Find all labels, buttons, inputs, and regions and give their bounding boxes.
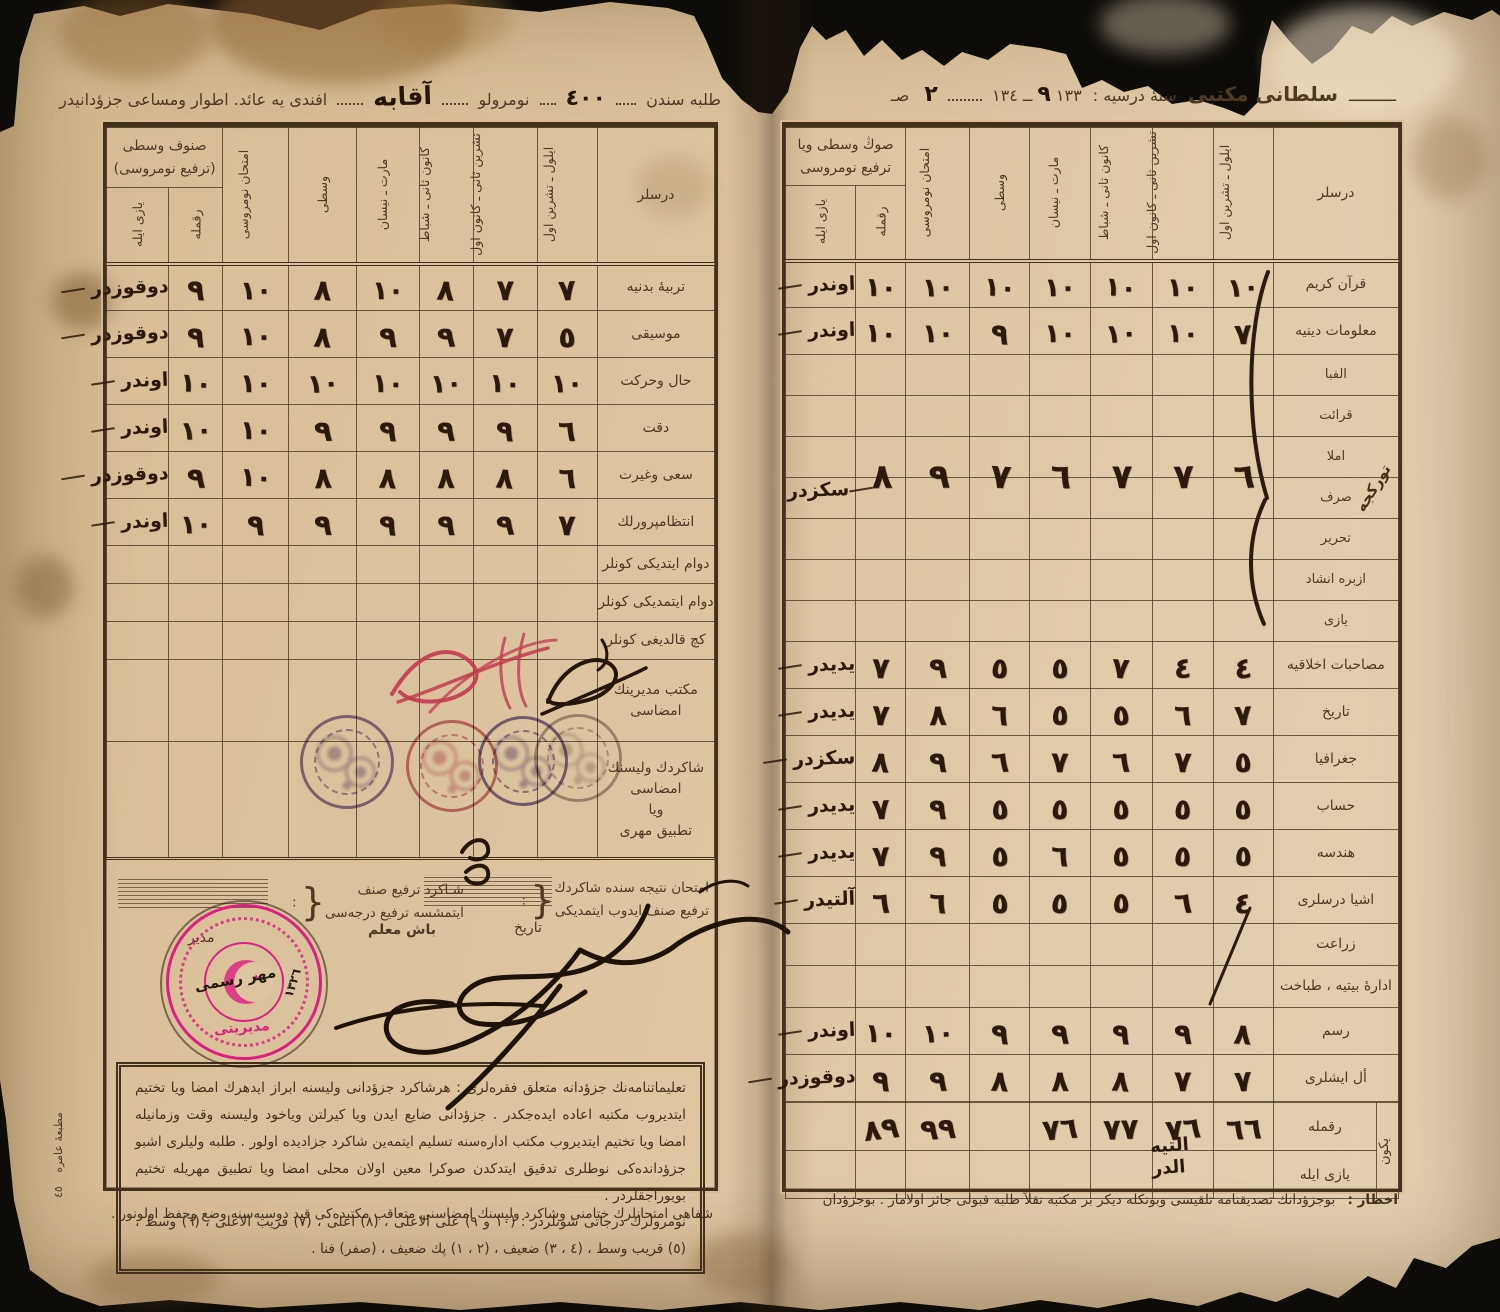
grade-cell: ١٠	[1030, 261, 1090, 308]
grade-cell: یدیدر	[786, 783, 856, 830]
yekun-table: یکون رقمله ٦٦ ٧٦ ٧٧ ٧٦ ٩٩ ٨٩ یازی ایله	[785, 1102, 1399, 1199]
grade-cell	[786, 519, 856, 560]
grade-cell	[786, 396, 856, 437]
grade-value: ١٠	[372, 277, 404, 304]
grade-cell	[1030, 601, 1090, 642]
grade-value: ٤	[1174, 654, 1192, 683]
grade-value: ١٠	[1167, 275, 1199, 301]
col-final: صوڭ وسطی ویا ترفیع نومروسی	[786, 128, 906, 186]
grade-cell: ١٠	[970, 261, 1030, 308]
grade-value: ٩	[1051, 1019, 1070, 1049]
grade-cell: اوندر	[107, 358, 169, 405]
grade-cell	[786, 478, 856, 519]
grade-cell	[1030, 519, 1090, 560]
guardian-seal-purple	[300, 715, 394, 809]
grade-value: ٩	[929, 794, 947, 823]
grade-value: ٧	[1234, 700, 1253, 730]
subject-cell: حساب	[1273, 783, 1398, 830]
grade-cell: ٥	[1090, 830, 1152, 877]
grade-value: ٥	[1173, 841, 1193, 871]
grade-cell: ٩	[906, 1055, 970, 1102]
grade-cell: ٤	[1213, 877, 1273, 924]
grade-cell: اوندر	[107, 405, 169, 452]
grade-value: ٨	[990, 1066, 1009, 1096]
grade-cell: ٧	[473, 264, 537, 311]
written-grade: یدیدر	[778, 700, 856, 725]
grade-cell: ١٠	[906, 308, 970, 355]
grade-cell	[419, 584, 473, 622]
grade-cell	[906, 437, 970, 478]
grade-value: ٩	[436, 322, 456, 352]
grade-value: ٨	[313, 276, 332, 306]
grade-cell: ٩	[419, 311, 473, 358]
table-row: مصاحبات اخلاقیه٤٤٧٥٥٩٧یدیدر	[786, 642, 1399, 689]
grade-value: ١٠	[240, 418, 272, 445]
grade-value: ٦	[558, 416, 576, 445]
grade-value: ٥	[1112, 841, 1130, 870]
footnote-left: شفاهی امتحانلرك ختامنی وشاکرد ولیسنك امض…	[103, 1206, 713, 1222]
written-grade: سکزدر	[763, 746, 856, 771]
grade-cell: سکزدر	[786, 736, 856, 783]
grade-cell: ١٠	[169, 358, 223, 405]
grade-cell: ٩	[357, 405, 419, 452]
grade-cell: دوقوزدر	[107, 264, 169, 311]
grade-value: ١٠	[921, 1020, 954, 1048]
grade-cell	[169, 622, 223, 660]
subject-cell: قرآن کریم	[1273, 261, 1398, 308]
dotted-blank	[337, 91, 363, 105]
subject-cell: دوام ایتمدیکی کونلر	[597, 584, 714, 622]
grade-cell	[357, 622, 419, 660]
grade-cell	[473, 584, 537, 622]
subject-cell: رسم	[1273, 1008, 1398, 1055]
subject-cell: انتظامپرورلك	[597, 499, 714, 546]
grade-value: ٧	[871, 841, 890, 871]
grade-value: ٧	[1174, 1067, 1192, 1096]
grade-value: ١٠	[179, 370, 212, 398]
grade-cell	[856, 601, 906, 642]
written-grade: دوقوزدر	[60, 275, 168, 301]
grade-value: ٩	[1111, 1019, 1130, 1049]
header-rest: افندی یه عائد. اطوار ومساعی جزؤدانیدر	[59, 90, 327, 109]
grade-value: ٤	[1234, 653, 1254, 683]
grade-cell: ٨	[970, 1055, 1030, 1102]
grade-value: ٨	[437, 463, 455, 492]
dotted-blank	[442, 91, 468, 105]
grade-cell	[970, 924, 1030, 966]
grade-cell: ٧	[856, 783, 906, 830]
col-dersler: درسلر	[1273, 128, 1398, 261]
grade-cell: ٨	[419, 264, 473, 311]
grade-cell: دوقوزدر	[107, 311, 169, 358]
written-grade: دوقوزدر	[747, 1065, 855, 1091]
grade-cell	[473, 622, 537, 660]
promo-left-line1: شـاکرد ترفیع صنف	[358, 882, 464, 898]
grade-cell: ١٠	[289, 358, 357, 405]
grade-cell: اوندر	[786, 1008, 856, 1055]
grade-cell	[223, 546, 289, 584]
grade-cell	[856, 519, 906, 560]
grade-cell	[1213, 355, 1273, 396]
col-yazi-ile: یازی ایله	[786, 186, 856, 261]
grade-cell: ٩	[1152, 1008, 1213, 1055]
written-grade: یدیدر	[778, 841, 856, 866]
grade-cell: ٦	[1152, 689, 1213, 736]
table-row: معلومات دینیه٧١٠١٠١٠٩١٠١٠اوندر	[786, 308, 1399, 355]
grade-cell: ٥	[1213, 736, 1273, 783]
grade-cell: ١٠	[1152, 308, 1213, 355]
subject-cell: قرائت	[1273, 396, 1398, 437]
grade-cell: ٧	[1152, 1055, 1213, 1102]
grade-value: ٩	[186, 276, 205, 306]
grade-cell	[223, 584, 289, 622]
grade-value: ٩	[495, 416, 514, 446]
table-row: تحریر	[786, 519, 1399, 560]
grade-cell	[1152, 560, 1213, 601]
grade-cell: ١٠	[906, 261, 970, 308]
grade-cell: اوندر	[786, 308, 856, 355]
yekun-cell	[970, 1103, 1030, 1151]
grade-cell: ١٠	[473, 358, 537, 405]
grade-cell: ٥	[1030, 877, 1090, 924]
subject-cell: تحریر	[1273, 519, 1398, 560]
grade-value: ١٠	[306, 370, 339, 398]
dotted-blank	[948, 87, 982, 101]
table-row: حساب٥٥٥٥٥٩٧یدیدر	[786, 783, 1399, 830]
table-row: حال وحرکت١٠١٠١٠١٠١٠١٠١٠اوندر	[107, 358, 715, 405]
subject-cell: أل ایشلری	[1273, 1055, 1398, 1102]
table-row: سعی وغیرت٦٨٨٨٨١٠٩دوقوزدر	[107, 452, 715, 499]
official-school-stamp: ٭ مهر رسمی ١٣٢٦ مدیریتی	[166, 904, 322, 1060]
grade-cell: ٩	[1090, 1008, 1152, 1055]
grade-value: ٨	[929, 700, 947, 729]
grade-value: ١٠	[240, 324, 272, 351]
grade-cell: ١٠	[223, 358, 289, 405]
grade-cell	[786, 601, 856, 642]
grade-value: ٦	[1174, 700, 1192, 729]
grade-value: ١٠	[1104, 274, 1137, 302]
header-dots: ــــــــــ	[1349, 86, 1396, 105]
grade-value: ٩	[379, 416, 398, 446]
grade-value: ٦	[558, 464, 576, 493]
grade-value: ٧	[1051, 747, 1069, 776]
grade-cell: ٩	[419, 405, 473, 452]
grade-cell	[1213, 924, 1273, 966]
school-name: سلطانی مکتبی	[1188, 82, 1338, 106]
subject-cell: الفبا	[1273, 355, 1398, 396]
grade-cell: ٥	[1030, 689, 1090, 736]
grade-cell	[1030, 396, 1090, 437]
grade-value: ٩	[378, 510, 398, 540]
grade-value: ١٠	[1227, 274, 1260, 302]
header-right: ــــــــــ سلطانی مکتبی سنهٔ درسیه : ١٣٣…	[836, 82, 1396, 107]
grade-cell	[1152, 396, 1213, 437]
grade-cell: ٧	[1213, 689, 1273, 736]
stain	[1100, 0, 1230, 54]
students-from: طلبه سندن	[646, 90, 721, 109]
grade-value: ١٠	[240, 371, 272, 397]
grade-cell: ٥	[970, 830, 1030, 877]
table-row: هندسه٥٥٥٦٥٩٧یدیدر	[786, 830, 1399, 877]
grade-value: ٦	[990, 700, 1010, 730]
grade-cell: ١٠	[1090, 308, 1152, 355]
subject-cell: اشیا درسلری	[1273, 877, 1398, 924]
yekun-cell: ٧٧	[1090, 1103, 1152, 1151]
grade-cell: ٩	[419, 499, 473, 546]
grade-cell	[1090, 601, 1152, 642]
table-row: الفبا	[786, 355, 1399, 396]
grade-cell: ١٠	[169, 499, 223, 546]
printer-number: ٤٥	[52, 1186, 65, 1198]
table-row: رسم٨٩٩٩٩١٠١٠اوندر	[786, 1008, 1399, 1055]
grade-cell	[1152, 478, 1213, 519]
table-row: دقت٦٩٩٩٩١٠١٠اوندر	[107, 405, 715, 452]
grade-cell	[970, 601, 1030, 642]
grade-cell	[1213, 396, 1273, 437]
grade-cell	[169, 546, 223, 584]
grade-cell: ٩	[473, 499, 537, 546]
yekun-cell: ٨٩	[856, 1103, 906, 1151]
grade-cell	[1213, 519, 1273, 560]
grade-value: ٧	[871, 794, 891, 824]
grade-cell: ١٠	[906, 1008, 970, 1055]
grade-cell	[357, 584, 419, 622]
grade-value: ٥	[1050, 888, 1070, 918]
grade-value: ٥	[1173, 794, 1192, 824]
grade-value: ٩	[990, 1019, 1009, 1049]
bas-muallim-label: باش معلم	[368, 922, 436, 938]
grade-value: ٥	[558, 322, 577, 352]
regulation-line: ایتدیروب مکتبه اعاده ایده‌جکدر . جزؤدانی…	[135, 1107, 686, 1123]
grade-cell: ٨	[856, 736, 906, 783]
table-row: املا	[786, 437, 1399, 478]
grade-cell	[289, 622, 357, 660]
grade-value: ٧	[558, 276, 578, 306]
grade-value: ٥	[1051, 794, 1070, 824]
grade-cell	[1030, 924, 1090, 966]
grade-value: ٩	[929, 1066, 948, 1096]
regulation-line: تعلیماتنامه‌نك جزؤدانه متعلق فقره‌لری : …	[135, 1080, 686, 1096]
header-left: طلبه سندن ٤٠٠ نومرولو آقابه افندی یه عائ…	[96, 82, 721, 111]
grade-value: ٧	[558, 510, 576, 539]
subject-cell: کچ قالدیغی کونلر	[597, 622, 714, 660]
grade-cell: ٩	[1030, 1008, 1090, 1055]
grade-cell	[223, 742, 289, 859]
grade-value: ١٠	[1167, 321, 1199, 348]
footnote-right: اخطار : بوجزؤدانك تصدیقنامه تلقیسی وبونک…	[782, 1192, 1398, 1208]
class-hand: ٢	[924, 82, 937, 107]
table-row: جغرافیا٥٧٦٧٦٩٨سکزدر	[786, 736, 1399, 783]
grade-cell: ٦	[1152, 877, 1213, 924]
grade-cell: ٦	[856, 877, 906, 924]
grade-cell: ٦	[537, 405, 597, 452]
table-row: مکتب مدیرینك امضاسی	[107, 660, 715, 742]
grade-cell	[1152, 601, 1213, 642]
grade-cell: ٩	[906, 830, 970, 877]
grade-value: ١٠	[1044, 274, 1076, 301]
grade-value: ٩	[246, 510, 265, 540]
table-row: دوام ایتمدیکی کونلر	[107, 584, 715, 622]
grade-cell	[169, 660, 223, 742]
grade-value: ٨	[1233, 1019, 1253, 1049]
grade-cell	[107, 546, 169, 584]
yekun-written-line1: التیه	[1150, 1134, 1195, 1159]
grade-cell: ٨	[289, 311, 357, 358]
grade-cell	[970, 560, 1030, 601]
subject-cell: جغرافیا	[1273, 736, 1398, 783]
grade-value: ٦	[1112, 747, 1131, 777]
grade-cell	[169, 742, 223, 859]
subject-cell: معلومات دینیه	[1273, 308, 1398, 355]
numbered-label: نومرولو	[478, 90, 529, 109]
subject-cell: تربیهٔ بدنیه	[597, 264, 714, 311]
grade-cell: ٥	[970, 877, 1030, 924]
subject-cell: سعی وغیرت	[597, 452, 714, 499]
subject-cell: مصاحبات اخلاقیه	[1273, 642, 1398, 689]
tarih-label: تاریخ	[514, 920, 542, 936]
grade-cell: ١٠	[223, 264, 289, 311]
grade-cell: ٧	[537, 499, 597, 546]
grade-value: ٧	[1111, 653, 1131, 683]
grade-cell: ١٠	[1213, 261, 1273, 308]
grade-cell: ٥	[1090, 783, 1152, 830]
grade-cell	[906, 601, 970, 642]
grade-value: ٥	[1234, 842, 1252, 871]
col-imtihan: امتحان نومروسی	[223, 128, 289, 264]
grade-cell	[289, 584, 357, 622]
table-row: یازی	[786, 601, 1399, 642]
grade-cell: ٨	[1030, 1055, 1090, 1102]
year-dash: ــ	[1023, 86, 1032, 105]
grade-cell	[357, 546, 419, 584]
grade-value: ٨	[1051, 1066, 1069, 1095]
grade-cell: ٩	[169, 264, 223, 311]
subject-cell: دوام ایتدیکی کونلر	[597, 546, 714, 584]
printer-mark: مطبعهٔ عامره ٤٥	[52, 1078, 65, 1198]
subject-cell: دقت	[597, 405, 714, 452]
table-row: تربیهٔ بدنیه٧٧٨١٠٨١٠٩دوقوزدر	[107, 264, 715, 311]
grade-cell	[107, 584, 169, 622]
grade-value: ٥	[990, 653, 1009, 683]
grade-cell: ٥	[1152, 783, 1213, 830]
grade-cell: ١٠	[357, 264, 419, 311]
grade-cell	[1213, 437, 1273, 478]
grade-value: ٧	[496, 322, 514, 351]
grade-cell: ١٠	[357, 358, 419, 405]
grade-cell	[107, 660, 169, 742]
table-row: قرآن کریم١٠١٠١٠١٠١٠١٠١٠اوندر	[786, 261, 1399, 308]
grade-value: ٩	[496, 510, 516, 540]
grade-value: ١٠	[1044, 321, 1076, 347]
table-row: أل ایشلری٧٧٨٨٨٩٩دوقوزدر	[786, 1055, 1399, 1102]
grade-value: ٩	[929, 748, 947, 777]
written-grade: آلتیدر	[774, 888, 856, 913]
yekun-written-line2: الدر	[1151, 1156, 1186, 1180]
grade-cell	[906, 966, 970, 1008]
grade-cell: ٩	[223, 499, 289, 546]
grade-cell: ١٠	[856, 1008, 906, 1055]
table-row: موسیقی٥٧٩٩٨١٠٩دوقوزدر	[107, 311, 715, 358]
written-grade: اوندر	[90, 369, 168, 394]
grade-cell	[1152, 924, 1213, 966]
grade-cell	[1213, 601, 1273, 642]
subject-cell: زراعت	[1273, 924, 1398, 966]
grade-cell	[537, 622, 597, 660]
grading-scale-line: (٥) قریب وسط ، (٤ ، ٣) ضعیف ، (٢ ، ١) پك…	[311, 1241, 686, 1257]
grade-cell: ٩	[289, 405, 357, 452]
grade-value: ١٠	[551, 370, 584, 397]
grade-value: ١٠	[372, 371, 404, 398]
grade-cell	[856, 478, 906, 519]
grade-value: ١٠	[179, 511, 212, 538]
grade-cell: ٩	[906, 783, 970, 830]
grade-cell	[970, 478, 1030, 519]
col-final: صنوف وسطی (ترفیع نومروسی)	[107, 128, 223, 188]
grade-cell: ١٠	[537, 358, 597, 405]
grade-cell	[1213, 966, 1273, 1008]
grade-value: ٩	[314, 510, 332, 539]
grade-cell	[1152, 437, 1213, 478]
grade-value: ٦	[990, 747, 1010, 777]
subject-cell: موسیقی	[597, 311, 714, 358]
grade-cell	[1090, 519, 1152, 560]
grade-cell: ٩	[357, 499, 419, 546]
grade-cell	[856, 396, 906, 437]
dotted-blank	[616, 91, 636, 105]
written-grade: دوقوزدر	[60, 321, 168, 347]
yekun-label-cell: یکون	[1376, 1103, 1398, 1199]
grade-value: ٦	[928, 888, 947, 918]
grade-cell	[1090, 437, 1152, 478]
grade-value: ٦	[1173, 888, 1193, 918]
grade-value: ٩	[928, 841, 947, 871]
grade-value: ٨	[871, 747, 891, 777]
grade-cell	[856, 355, 906, 396]
grade-value: ٥	[990, 794, 1009, 824]
grade-value: ٩	[437, 511, 455, 540]
table-row: ازبره انشاد	[786, 560, 1399, 601]
grade-cell: ١٠	[1090, 261, 1152, 308]
grade-cell: ٩	[357, 311, 419, 358]
grade-value: ٨	[378, 463, 397, 493]
grade-cell	[1030, 478, 1090, 519]
grade-cell: ٩	[906, 736, 970, 783]
regulation-line: امضا ویا تختیم ایتدیروب مکتب اداره‌سنه ت…	[135, 1134, 686, 1150]
grade-value: ٥	[1051, 653, 1069, 682]
grade-cell	[1090, 924, 1152, 966]
grade-cell: ٩	[289, 499, 357, 546]
subject-cell: تاریخ	[1273, 689, 1398, 736]
grade-value: ١٠	[864, 320, 897, 348]
promo-right-line1: امتحان نتیجه سنده شاکردك	[554, 880, 709, 896]
table-row: ادارهٔ بیتیه ، طباخت	[786, 966, 1399, 1008]
grade-cell	[1030, 355, 1090, 396]
grade-value: ١٠	[865, 1021, 897, 1048]
grade-value: ٩	[313, 416, 332, 446]
grade-cell: یدیدر	[786, 689, 856, 736]
grade-cell	[1090, 355, 1152, 396]
student-name-hand: آقابه	[373, 81, 433, 112]
grade-cell	[1090, 396, 1152, 437]
grade-cell: ٥	[1213, 830, 1273, 877]
year-hand-a: ٩	[1037, 82, 1050, 107]
grade-value: ٥	[991, 888, 1009, 917]
grade-cell: ٤	[1152, 642, 1213, 689]
grade-cell: ٩	[473, 405, 537, 452]
grade-cell	[1090, 966, 1152, 1008]
grade-cell: ٧	[856, 689, 906, 736]
yekun-rakamla-label: رقمله	[1273, 1103, 1376, 1151]
